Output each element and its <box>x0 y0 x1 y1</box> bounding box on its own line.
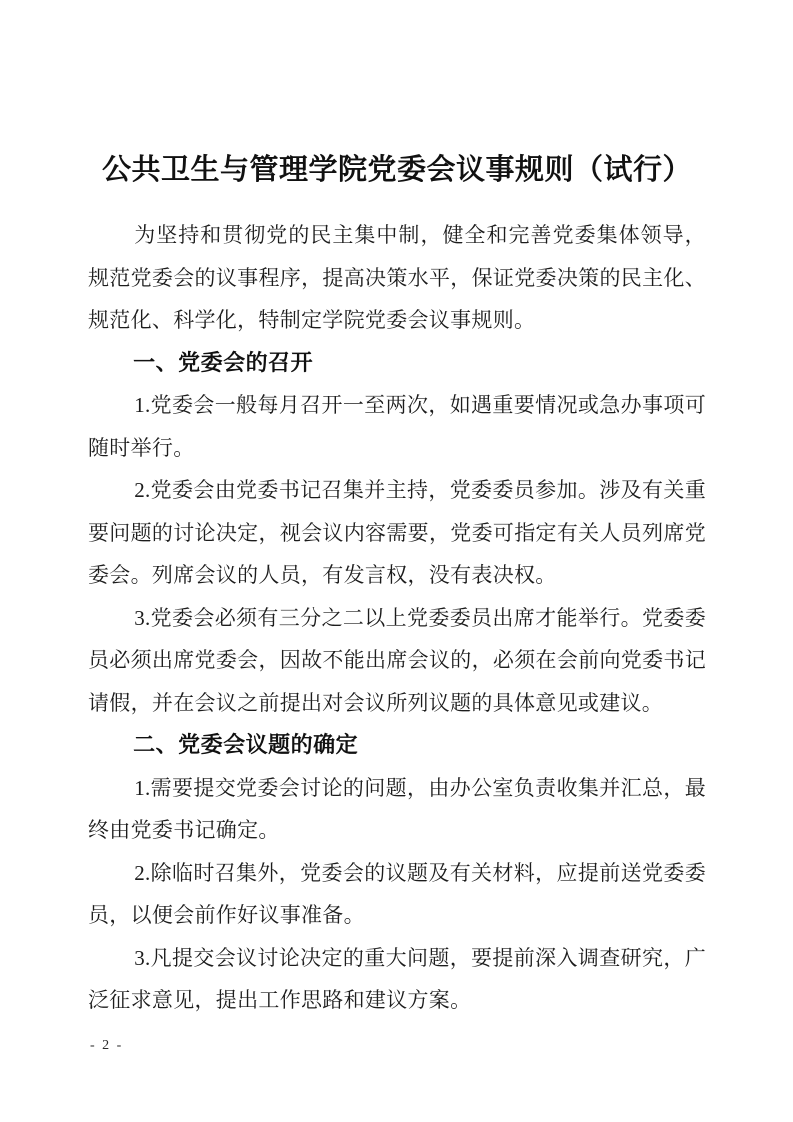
document-body: 为坚持和贯彻党的民主集中制，健全和完善党委集体领导，规范党委会的议事程序，提高决… <box>88 214 706 1022</box>
section-2-item-2: 2.除临时召集外，党委会的议题及有关材料，应提前送党委委员，以便会前作好议事准备… <box>88 852 706 937</box>
page-number: - 2 - <box>90 1038 123 1054</box>
section-1-item-2: 2.党委会由党委书记召集并主持，党委委员参加。涉及有关重要问题的讨论决定，视会议… <box>88 469 706 597</box>
section-2-item-3: 3.凡提交会议讨论决定的重大问题，要提前深入调查研究，广泛征求意见，提出工作思路… <box>88 937 706 1022</box>
section-heading-2: 二、党委会议题的确定 <box>88 724 706 767</box>
document-title: 公共卫生与管理学院党委会议事规则（试行） <box>88 150 706 190</box>
section-1-item-3: 3.党委会必须有三分之二以上党委委员出席才能举行。党委委员必须出席党委会，因故不… <box>88 597 706 725</box>
section-heading-1: 一、党委会的召开 <box>88 342 706 385</box>
document-content: 公共卫生与管理学院党委会议事规则（试行） 为坚持和贯彻党的民主集中制，健全和完善… <box>88 150 706 1022</box>
section-1-item-1: 1.党委会一般每月召开一至两次，如遇重要情况或急办事项可随时举行。 <box>88 384 706 469</box>
document-page: 公共卫生与管理学院党委会议事规则（试行） 为坚持和贯彻党的民主集中制，健全和完善… <box>0 0 793 1122</box>
intro-paragraph: 为坚持和贯彻党的民主集中制，健全和完善党委集体领导，规范党委会的议事程序，提高决… <box>88 214 706 342</box>
section-2-item-1: 1.需要提交党委会讨论的问题，由办公室负责收集并汇总，最终由党委书记确定。 <box>88 767 706 852</box>
